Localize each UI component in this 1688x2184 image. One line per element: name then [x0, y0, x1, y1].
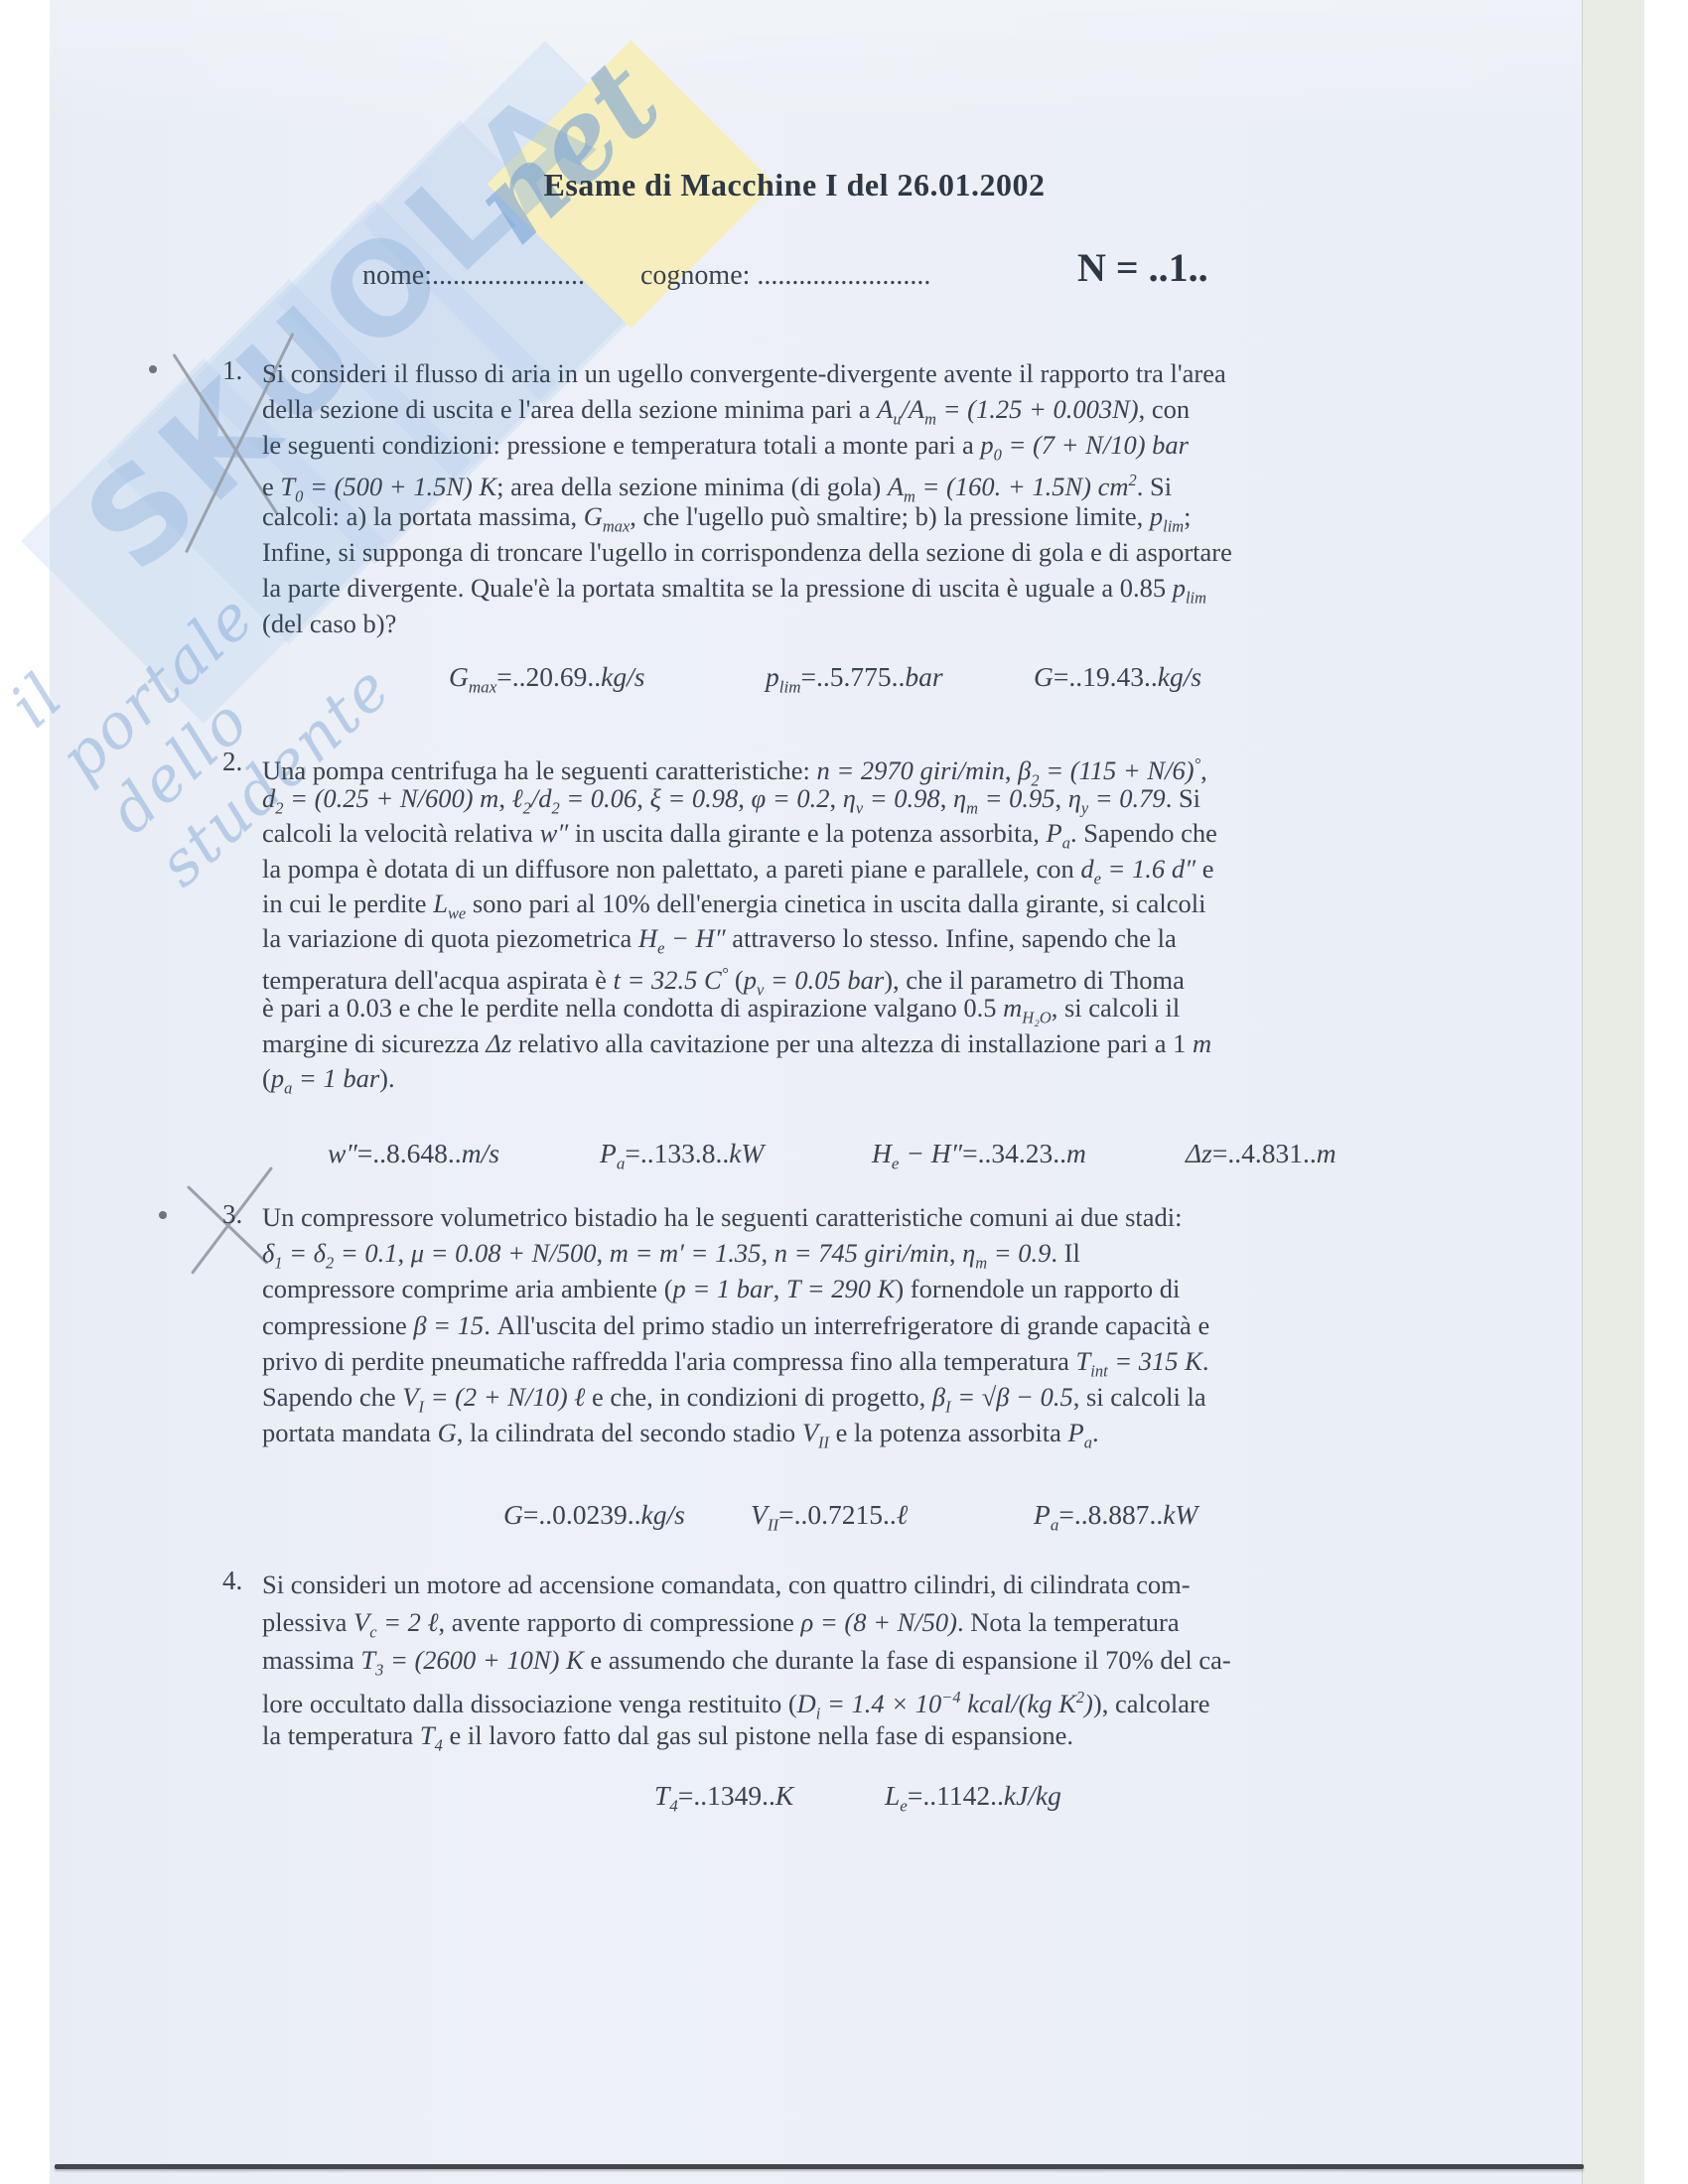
- answer-value: G=..19.43..kg/s: [1034, 661, 1201, 693]
- problem-2-line: d2 = (0.25 + N/600) m, ℓ2/d2 = 0.06, ξ =…: [262, 781, 1424, 816]
- answer-value: Le=..1142..kJ/kg: [885, 1780, 1061, 1817]
- problem-3-line: Un compressore volumetrico bistadio ha l…: [262, 1199, 1424, 1235]
- problem-1: 1. Si consideri il flusso di aria in un …: [262, 355, 1424, 641]
- problem-2-line: (pa = 1 bar).: [262, 1061, 1424, 1096]
- problem-1-line: e T0 = (500 + 1.5N) K; area della sezion…: [262, 463, 1424, 498]
- problem-2-number: 2.: [222, 747, 242, 777]
- problem-1-number: 1.: [222, 355, 242, 386]
- problem-3-line: δ1 = δ2 = 0.1, μ = 0.08 + N/500, m = m′ …: [262, 1235, 1424, 1271]
- answer-value: Pa=..8.887..kW: [1034, 1499, 1197, 1536]
- problem-3-line: Sapendo che VI = (2 + N/10) ℓ e che, in …: [262, 1379, 1424, 1415]
- n-value: N = ..1..: [1077, 244, 1208, 291]
- problem-1-text: Si consideri il flusso di aria in un uge…: [262, 355, 1424, 641]
- problem-3-number: 3.: [222, 1199, 242, 1230]
- problem-1-line: della sezione di uscita e l'area della s…: [262, 391, 1424, 427]
- problem-2-line: calcoli la velocità relativa w″ in uscit…: [262, 816, 1424, 851]
- problem-3: 3. Un compressore volumetrico bistadio h…: [262, 1199, 1424, 1450]
- answer-value: He − H″=..34.23..m: [872, 1138, 1086, 1174]
- problem-3-line: portata mandata G, la cilindrata del sec…: [262, 1415, 1424, 1450]
- problem-2-line: la pompa è dotata di un diffusore non pa…: [262, 852, 1424, 887]
- problem-4-number: 4.: [222, 1566, 242, 1596]
- problem-2-line: la variazione di quota piezometrica He −…: [262, 921, 1424, 956]
- problem-2-line: in cui le perdite Lwe sono pari al 10% d…: [262, 887, 1424, 921]
- scanned-exam-page: SKUOLA net il portale dello studente Esa…: [0, 0, 1688, 2184]
- problem-2: 2. Una pompa centrifuga ha le seguenti c…: [262, 747, 1424, 1096]
- problem-1-line: (del caso b)?: [262, 606, 1424, 641]
- answer-value: VII=..0.7215..ℓ: [751, 1499, 908, 1536]
- exam-title: Esame di Macchine I del 26.01.2002: [397, 167, 1192, 204]
- answer-value: w″=..8.648..m/s: [328, 1138, 499, 1169]
- answer-value: Gmax=..20.69..kg/s: [449, 661, 644, 698]
- problem-1-line: la parte divergente. Quale'è la portata …: [262, 570, 1424, 606]
- problem-1-line: Si consideri il flusso di aria in un uge…: [262, 355, 1424, 391]
- problem-4-line: massima T3 = (2600 + 10N) K e assumendo …: [262, 1641, 1424, 1679]
- problem-2-line: temperatura dell'acqua aspirata è t = 32…: [262, 956, 1424, 991]
- problem-3-line: compressore comprime aria ambiente (p = …: [262, 1271, 1424, 1306]
- surname-field-label: cognome: .........................: [640, 260, 930, 292]
- problem-4-text: Si consideri un motore ad accensione com…: [262, 1566, 1424, 1754]
- problem-4-line: la temperatura T4 e il lavoro fatto dal …: [262, 1716, 1424, 1754]
- problem-4-line: Si consideri un motore ad accensione com…: [262, 1566, 1424, 1603]
- problem-1-line: le seguenti condizioni: pressione e temp…: [262, 427, 1424, 463]
- problem-4-line: plessiva Vc = 2 ℓ, avente rapporto di co…: [262, 1603, 1424, 1641]
- pencil-dot-mark-3: [159, 1211, 167, 1219]
- problem-2-line: Una pompa centrifuga ha le seguenti cara…: [262, 747, 1424, 781]
- problem-2-line: è pari a 0.03 e che le perdite nella con…: [262, 991, 1424, 1025]
- problem-2-text: Una pompa centrifuga ha le seguenti cara…: [262, 747, 1424, 1096]
- problem-4: 4. Si consideri un motore ad accensione …: [262, 1566, 1424, 1754]
- pencil-dot-mark-1: [149, 365, 157, 373]
- answer-value: plim=..5.775..bar: [766, 661, 943, 698]
- name-field-label: nome:......................: [362, 260, 585, 292]
- problem-4-line: lore occultato dalla dissociazione venga…: [262, 1679, 1424, 1716]
- answer-value: Pa=..133.8..kW: [600, 1138, 764, 1174]
- problem-1-line: Infine, si supponga di troncare l'ugello…: [262, 534, 1424, 570]
- problem-3-line: compressione β = 15. All'uscita del prim…: [262, 1307, 1424, 1343]
- problem-3-text: Un compressore volumetrico bistadio ha l…: [262, 1199, 1424, 1450]
- scan-right-edge: [1582, 0, 1644, 2184]
- answer-value: T4=..1349..K: [654, 1780, 793, 1817]
- scan-bottom-edge: [55, 2164, 1584, 2169]
- answer-value: G=..0.0239..kg/s: [503, 1499, 685, 1531]
- answer-value: Δz=..4.831..m: [1186, 1138, 1336, 1169]
- problem-2-line: margine di sicurezza Δz relativo alla ca…: [262, 1026, 1424, 1061]
- problem-1-line: calcoli: a) la portata massima, Gmax, ch…: [262, 498, 1424, 534]
- problem-3-line: privo di perdite pneumatiche raffredda l…: [262, 1343, 1424, 1379]
